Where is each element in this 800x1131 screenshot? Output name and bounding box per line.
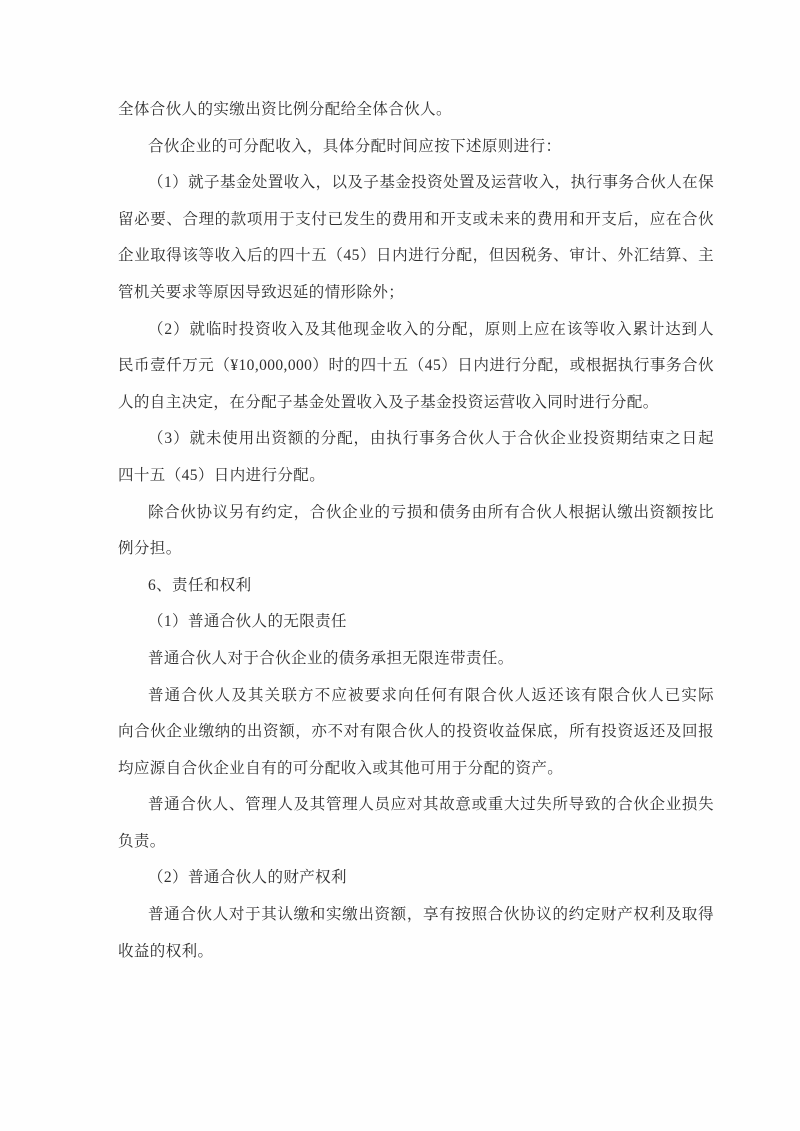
- text-line: 除合伙协议另有约定，合伙企业的亏损和债务由所有合伙人根据认缴出资额按比: [118, 495, 714, 532]
- sub-heading: （2）普通合伙人的财产权利: [118, 860, 714, 897]
- text-line: 例分担。: [118, 531, 714, 568]
- text-line: 四十五（45）日内进行分配。: [118, 458, 714, 495]
- section-heading: 6、责任和权利: [118, 568, 714, 605]
- text-line: 负责。: [118, 824, 714, 861]
- paragraph-item-2-temporary-investment: （2）就临时投资收入及其他现金收入的分配，原则上应在该等收入累计达到人 民币壹仟…: [118, 312, 714, 422]
- text-line: 人的自主决定，在分配子基金处置收入及子基金投资运营收入同时进行分配。: [118, 385, 714, 422]
- text-line: （1）就子基金处置收入，以及子基金投资处置及运营收入，执行事务合伙人在保: [118, 165, 714, 202]
- text-line: 管机关要求等原因导致迟延的情形除外；: [118, 275, 714, 312]
- text-line: （2）就临时投资收入及其他现金收入的分配，原则上应在该等收入累计达到人: [118, 312, 714, 349]
- document-text-block: 全体合伙人的实缴出资比例分配给全体合伙人。 合伙企业的可分配收入，具体分配时间应…: [118, 92, 714, 970]
- paragraph-distribution-intro: 合伙企业的可分配收入，具体分配时间应按下述原则进行：: [118, 129, 714, 166]
- paragraph-gp-joint-liability: 普通合伙人对于合伙企业的债务承担无限连带责任。: [118, 641, 714, 678]
- paragraph-allocation-continuation: 全体合伙人的实缴出资比例分配给全体合伙人。: [118, 92, 714, 129]
- heading-section-6: 6、责任和权利: [118, 568, 714, 605]
- subheading-gp-property-rights: （2）普通合伙人的财产权利: [118, 860, 714, 897]
- paragraph-item-1-subfund-disposal: （1）就子基金处置收入，以及子基金投资处置及运营收入，执行事务合伙人在保 留必要…: [118, 165, 714, 311]
- sub-heading: （1）普通合伙人的无限责任: [118, 604, 714, 641]
- paragraph-loss-sharing: 除合伙协议另有约定，合伙企业的亏损和债务由所有合伙人根据认缴出资额按比 例分担。: [118, 495, 714, 568]
- subheading-gp-unlimited-liability: （1）普通合伙人的无限责任: [118, 604, 714, 641]
- text-line: 普通合伙人、管理人及其管理人员应对其故意或重大过失所导致的合伙企业损失: [118, 787, 714, 824]
- text-line: 留必要、合理的款项用于支付已发生的费用和开支或未来的费用和开支后，应在合伙: [118, 202, 714, 239]
- text-line: （3）就未使用出资额的分配，由执行事务合伙人于合伙企业投资期结束之日起: [118, 421, 714, 458]
- text-line: 全体合伙人的实缴出资比例分配给全体合伙人。: [118, 92, 714, 129]
- paragraph-gp-property-rights: 普通合伙人对于其认缴和实缴出资额，享有按照合伙协议的约定财产权利及取得 收益的权…: [118, 897, 714, 970]
- text-line: 民币壹仟万元（¥10,000,000）时的四十五（45）日内进行分配，或根据执行…: [118, 348, 714, 385]
- text-line: 普通合伙人及其关联方不应被要求向任何有限合伙人返还该有限合伙人已实际: [118, 678, 714, 715]
- text-line: 收益的权利。: [118, 934, 714, 971]
- paragraph-gp-manager-fault: 普通合伙人、管理人及其管理人员应对其故意或重大过失所导致的合伙企业损失 负责。: [118, 787, 714, 860]
- text-line: 企业取得该等收入后的四十五（45）日内进行分配，但因税务、审计、外汇结算、主: [118, 238, 714, 275]
- text-line: 合伙企业的可分配收入，具体分配时间应按下述原则进行：: [118, 129, 714, 166]
- paragraph-item-3-unused-capital: （3）就未使用出资额的分配，由执行事务合伙人于合伙企业投资期结束之日起 四十五（…: [118, 421, 714, 494]
- document-page: 全体合伙人的实缴出资比例分配给全体合伙人。 合伙企业的可分配收入，具体分配时间应…: [0, 0, 800, 1131]
- text-line: 普通合伙人对于其认缴和实缴出资额，享有按照合伙协议的约定财产权利及取得: [118, 897, 714, 934]
- text-line: 普通合伙人对于合伙企业的债务承担无限连带责任。: [118, 641, 714, 678]
- text-line: 向合伙企业缴纳的出资额，亦不对有限合伙人的投资收益保底，所有投资返还及回报: [118, 714, 714, 751]
- text-line: 均应源自合伙企业自有的可分配收入或其他可用于分配的资产。: [118, 751, 714, 788]
- paragraph-no-return-guarantee: 普通合伙人及其关联方不应被要求向任何有限合伙人返还该有限合伙人已实际 向合伙企业…: [118, 678, 714, 788]
